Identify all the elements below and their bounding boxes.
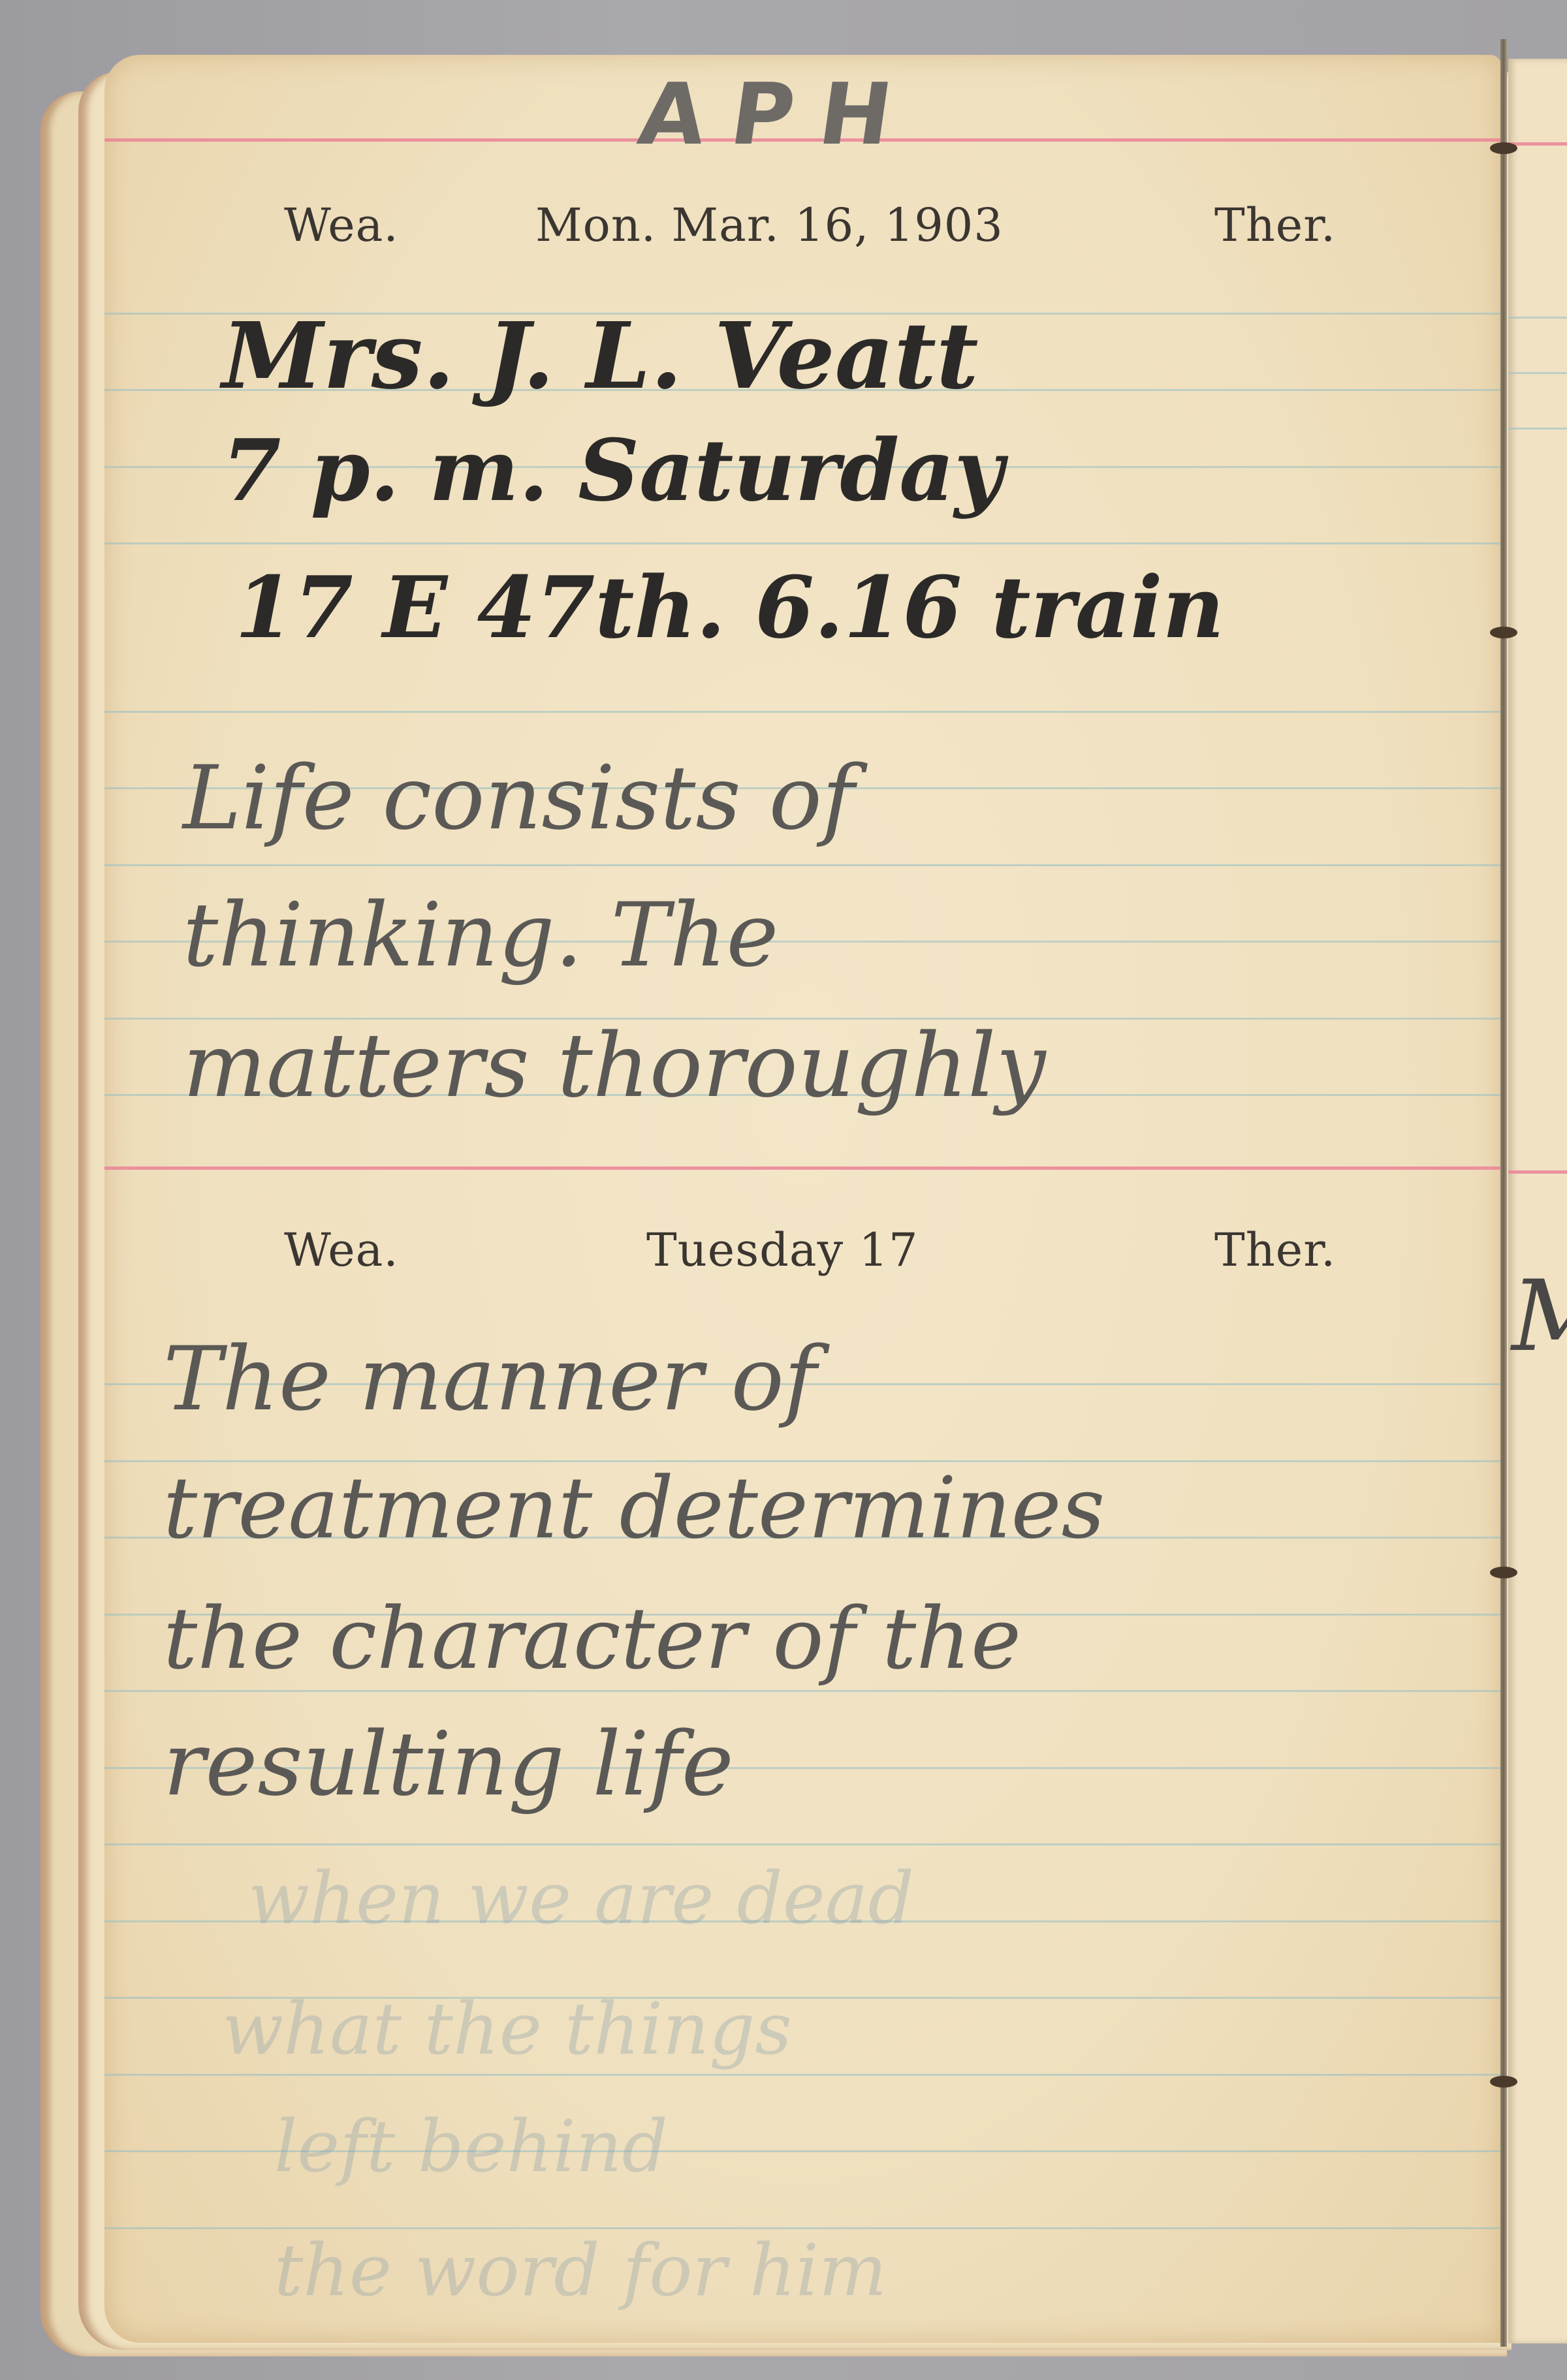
- bleed-through-line: the word for him: [274, 2229, 887, 2312]
- pencil-initials: APH: [633, 65, 924, 164]
- entry-1-line-3: 17 E 47th. 6.16 train: [235, 557, 1224, 657]
- binding-stitch: [1490, 1567, 1517, 1578]
- entry-1-line-1: Mrs. J. L. Veatt: [222, 303, 979, 410]
- bleed-through-line: left behind: [274, 2105, 668, 2188]
- red-rule: [1508, 1170, 1567, 1174]
- binding-crease: [1500, 39, 1507, 2347]
- bleed-through-line: what the things: [222, 1987, 792, 2071]
- entry-1-weather-label: Wea.: [284, 198, 399, 252]
- binding-stitch: [1490, 2076, 1517, 2088]
- red-rule: [1508, 142, 1567, 146]
- entry-1-line-2: 7 p. m. Saturday: [222, 420, 1004, 520]
- binding-stitch: [1490, 627, 1517, 638]
- entry-1-thermometer-label: Ther.: [1214, 198, 1336, 252]
- adjacent-page-handwriting: M: [1512, 1260, 1567, 1373]
- blue-rule: [1508, 428, 1567, 430]
- entry-2-line-2: treatment determines: [163, 1458, 1105, 1558]
- blue-rule: [1508, 317, 1567, 319]
- entry-2-line-3: the character of the: [163, 1589, 1021, 1688]
- entry-2-date: Tuesday 17: [646, 1223, 919, 1277]
- binding-stitch: [1490, 142, 1517, 154]
- entry-1-date: Mon. Mar. 16, 1903: [535, 198, 1004, 252]
- entry-2-line-1: The manner of: [163, 1328, 817, 1430]
- blue-rule: [1508, 372, 1567, 374]
- bleed-through-line: when we are dead: [248, 1856, 914, 1940]
- diary-page: APH Wea. Mon. Mar. 16, 1903 Ther. Mrs. J…: [104, 55, 1502, 2343]
- entry-1-line-6: thinking. The: [183, 884, 778, 986]
- entry-1-line-7: matters thoroughly: [183, 1014, 1046, 1117]
- adjacent-page: M: [1508, 59, 1567, 2343]
- entry-2-thermometer-label: Ther.: [1214, 1223, 1336, 1277]
- blue-rule: [104, 1690, 1502, 1692]
- blue-rule: [104, 2074, 1502, 2076]
- red-rule-middle: [104, 1167, 1502, 1170]
- entry-1-line-5: Life consists of: [183, 747, 855, 849]
- entry-2-line-4: resulting life: [163, 1713, 734, 1815]
- blue-rule: [104, 711, 1502, 713]
- blue-rule: [104, 864, 1502, 866]
- entry-2-weather-label: Wea.: [284, 1223, 399, 1277]
- blue-rule: [104, 542, 1502, 544]
- blue-rule: [104, 1843, 1502, 1845]
